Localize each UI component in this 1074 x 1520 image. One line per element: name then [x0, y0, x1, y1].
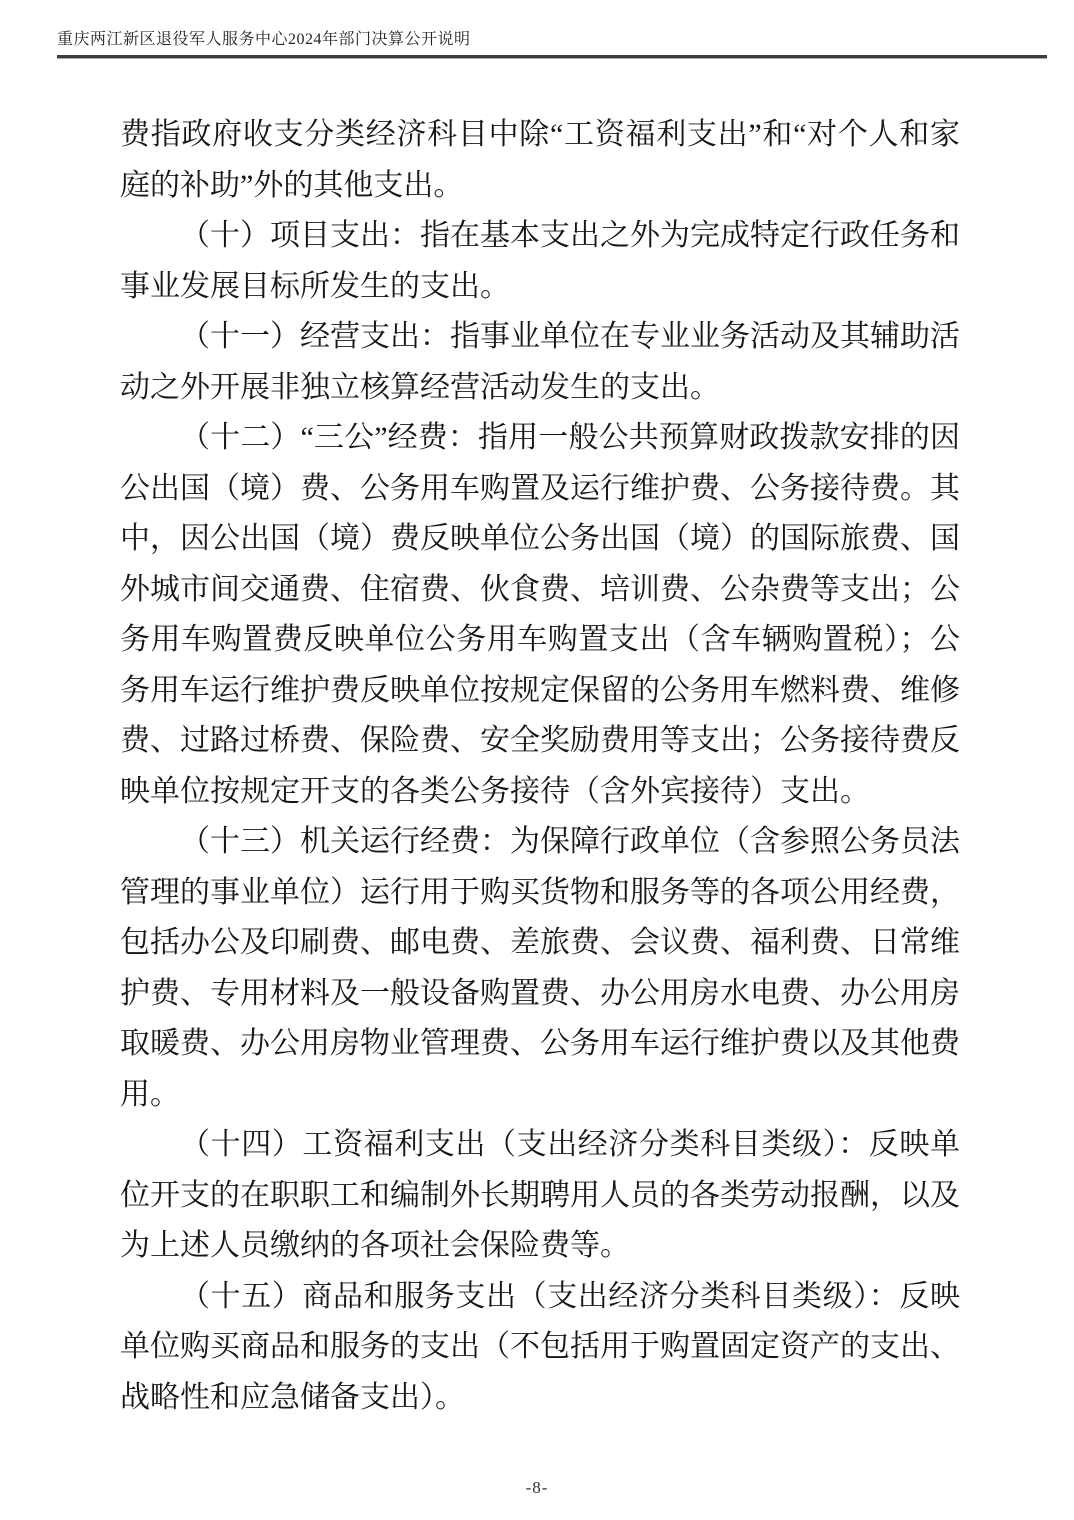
body-paragraph: （十一）经营支出：指事业单位在专业业务活动及其辅助活动之外开展非独立核算经营活动…: [120, 312, 960, 413]
page-number: -8-: [526, 1478, 549, 1497]
page-header: 重庆两江新区退役军人服务中心2024年部门决算公开说明: [57, 30, 1047, 58]
body-paragraph: （十四）工资福利支出（支出经济分类科目类级）：反映单位开支的在职职工和编制外长期…: [120, 1120, 960, 1272]
header-rule: [57, 55, 1047, 58]
body-paragraph: （十三）机关运行经费：为保障行政单位（含参照公务员法管理的事业单位）运行用于购买…: [120, 817, 960, 1120]
body-paragraph: （十五）商品和服务支出（支出经济分类科目类级）：反映单位购买商品和服务的支出（不…: [120, 1272, 960, 1424]
document-page: 重庆两江新区退役军人服务中心2024年部门决算公开说明 费指政府收支分类经济科目…: [0, 0, 1074, 1520]
body-paragraph: （十）项目支出：指在基本支出之外为完成特定行政任务和事业发展目标所发生的支出。: [120, 211, 960, 312]
document-body: 费指政府收支分类经济科目中除“工资福利支出”和“对个人和家庭的补助”外的其他支出…: [120, 110, 960, 1423]
header-title: 重庆两江新区退役军人服务中心2024年部门决算公开说明: [57, 30, 1047, 50]
page-footer: -8-: [0, 1478, 1074, 1498]
body-paragraph: 费指政府收支分类经济科目中除“工资福利支出”和“对个人和家庭的补助”外的其他支出…: [120, 110, 960, 211]
body-paragraph: （十二）“三公”经费：指用一般公共预算财政拨款安排的因公出国（境）费、公务用车购…: [120, 413, 960, 817]
